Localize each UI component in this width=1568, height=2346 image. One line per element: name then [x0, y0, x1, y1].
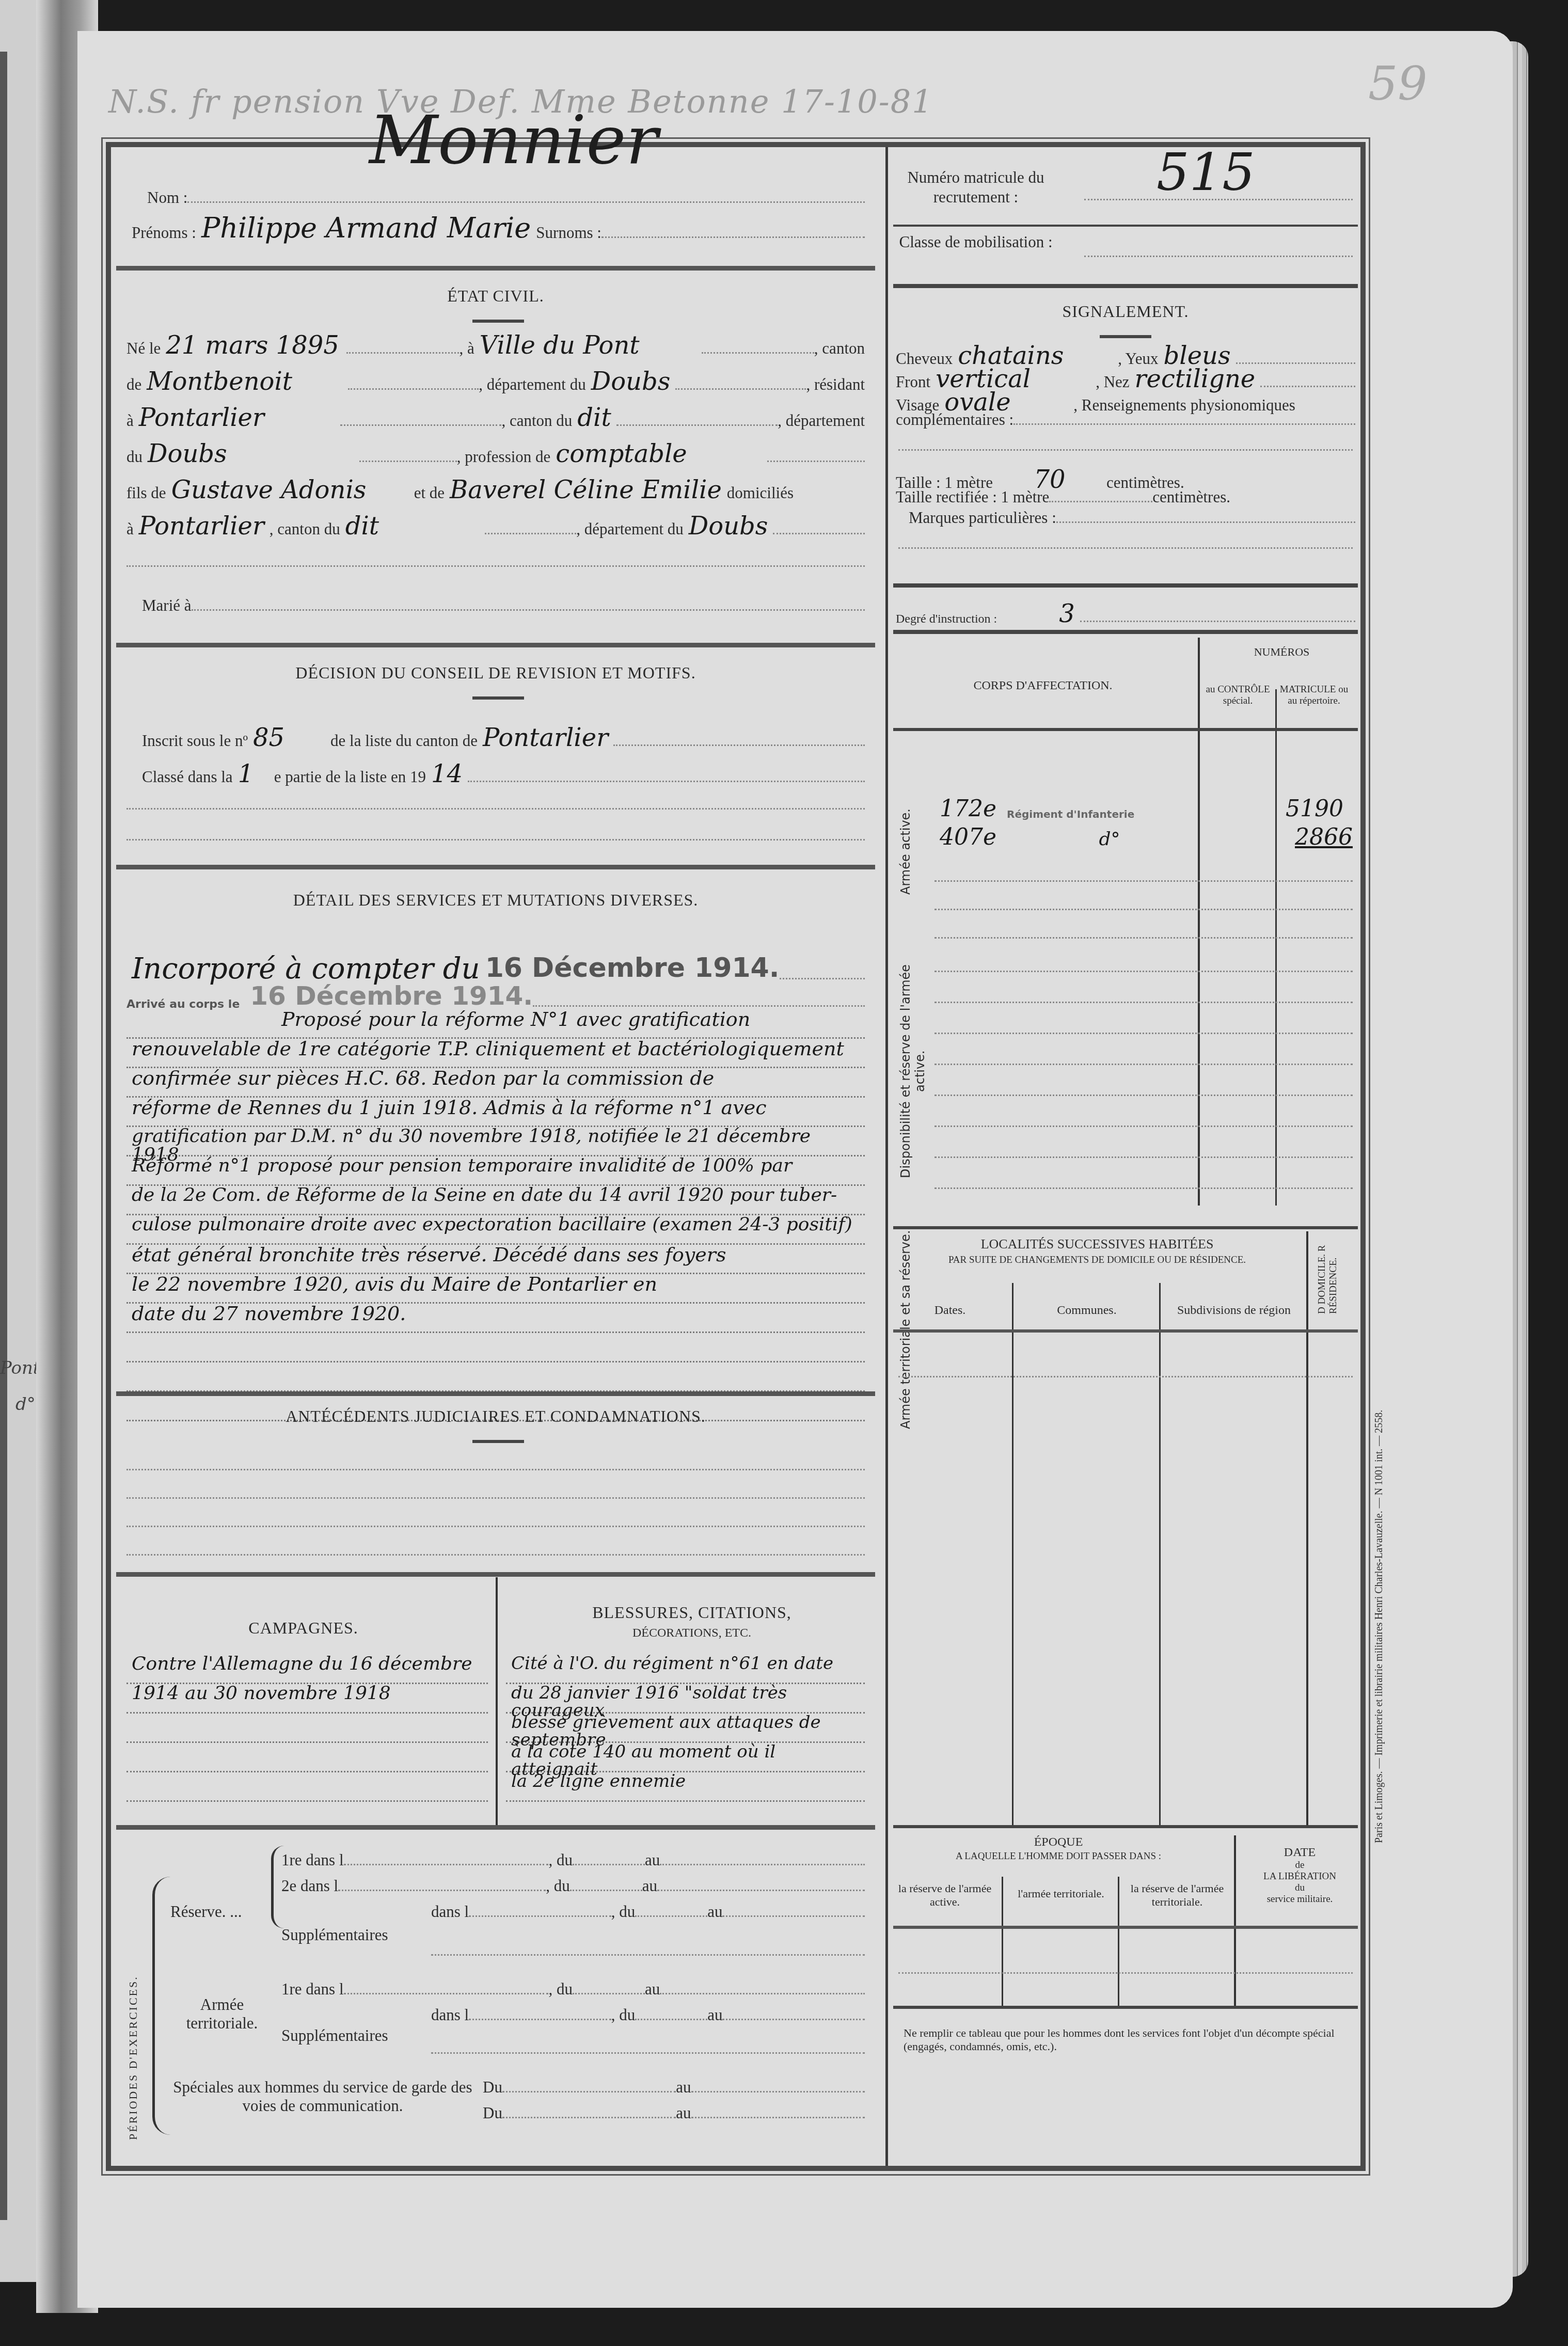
epoque-title: ÉPOQUE — [888, 1835, 1229, 1849]
service-line: confirmée sur pièces H.C. 68. Redon par … — [126, 1068, 865, 1098]
subdivisions-col-header: Subdivisions de région — [1162, 1304, 1306, 1318]
au-label: au — [707, 1903, 722, 1921]
affectation-row: 172e Régiment d'Infanterie 5190 — [935, 798, 1358, 820]
au-label: au — [642, 1877, 657, 1895]
campagne-line: 1914 au 30 novembre 1918 — [126, 1684, 488, 1714]
fils-de-label: fils de — [126, 484, 166, 502]
prenoms-value: Philippe Armand Marie — [196, 214, 536, 242]
du-label: , du — [548, 1980, 573, 1999]
supplementaires-label: Supplémentaires — [281, 2026, 388, 2045]
signalement-title: SIGNALEMENT. — [888, 302, 1363, 321]
instruction-label: Degré d'instruction : — [896, 612, 997, 626]
inscrit-number: 85 — [248, 725, 330, 750]
epoque-col1: la réserve de l'armée active. — [888, 1882, 1002, 1909]
services-title: DÉTAIL DES SERVICES ET MUTATIONS DIVERSE… — [111, 891, 880, 910]
left-page-border — [0, 52, 7, 2220]
marques-label: Marques particulières : — [909, 509, 1056, 527]
inscrit-label: Inscrit sous le nº — [142, 732, 248, 750]
arrive-stamp-date: 16 Décembre 1914. — [240, 981, 533, 1011]
rule — [116, 266, 875, 271]
epoque-col2: l'armée territoriale. — [1004, 1887, 1118, 1900]
departement-label: , département du — [479, 375, 585, 394]
nez-label: , Nez — [1096, 373, 1129, 391]
blessure-line: la 2e ligne ennemie — [506, 1772, 865, 1802]
domicile-value: Pontarlier — [134, 514, 270, 538]
communes-col-header: Communes. — [1015, 1304, 1159, 1318]
nom-label: Nom : — [147, 188, 187, 207]
date-title: DATE — [1237, 1846, 1363, 1860]
date-de: de — [1237, 1860, 1363, 1871]
blessures-subtitle: DÉCORATIONS, ETC. — [503, 1626, 880, 1640]
au-label: au — [645, 1980, 660, 1999]
form-frame: Monnier Nom : Prénoms : Philippe Armand … — [106, 142, 1366, 2171]
epoque-subtitle: A LAQUELLE L'HOMME DOIT PASSER DANS : — [888, 1851, 1229, 1862]
classe-annee: 14 — [426, 762, 468, 786]
taille-rectifiee-label: Taille rectifiée : 1 mètre — [896, 488, 1049, 506]
localites-subtitle: PAR SUITE DE CHANGEMENTS DE DOMICILE OU … — [888, 1255, 1306, 1266]
au-label: au — [676, 2104, 691, 2122]
corps-stamp: d° — [1007, 830, 1213, 849]
localites-title: LOCALITÉS SUCCESSIVES HABITÉES — [888, 1237, 1306, 1252]
dates-col-header: Dates. — [888, 1304, 1012, 1318]
printer-imprint: Paris et Limoges. — Imprimerie et librai… — [1373, 1239, 1385, 2014]
classe-mobilisation-label: Classe de mobilisation : — [898, 232, 1053, 252]
dans-label: dans l — [431, 2006, 469, 2024]
du-label: , du — [611, 2006, 636, 2024]
de-label: de — [126, 375, 141, 394]
classe-partie: 1 — [233, 762, 274, 786]
service-line: date du 27 novembre 1920. — [126, 1304, 865, 1333]
corps-stamp: Régiment d'Infanterie — [1007, 808, 1203, 820]
service-line: état général bronchite très réservé. Déc… — [126, 1245, 865, 1274]
front-label: Front — [896, 373, 930, 391]
mother-name: Baverel Céline Emilie — [445, 478, 727, 502]
residence-value: Pontarlier — [134, 405, 340, 430]
prenoms-label: Prénoms : — [132, 224, 196, 242]
matricule-col-header: MATRICULE ou au répertoire. — [1278, 684, 1350, 707]
birth-canton: Montbenoit — [141, 369, 348, 394]
premiere-label: 1re dans l — [281, 1980, 344, 1999]
blessures-lines: Cité à l'O. du régiment n°61 en date du … — [506, 1655, 865, 1802]
profession-value: comptable — [550, 441, 767, 466]
disponibilite-label: Disponibilité et réserve de l'armée acti… — [898, 953, 927, 1190]
campagnes-title: CAMPAGNES. — [111, 1619, 496, 1638]
service-line: de la 2e Com. de Réforme de la Seine en … — [126, 1186, 865, 1215]
du-label: , du — [548, 1851, 573, 1869]
numero-matricule-value: 515 — [1157, 142, 1255, 202]
controle-col-header: au CONTRÔLE spécial. — [1203, 684, 1273, 707]
corps-number: 407e — [935, 826, 1007, 849]
nez-value: rectiligne — [1130, 367, 1261, 391]
departement-label: , département du — [576, 520, 683, 538]
service-line: Proposé pour la réforme N°1 avec gratifi… — [126, 1009, 865, 1039]
nom-value: Monnier — [369, 101, 658, 179]
father-name: Gustave Adonis — [166, 478, 414, 502]
complementaires-label: complémentaires : — [896, 410, 1013, 429]
partie-label: e partie de la liste en 19 — [274, 768, 426, 786]
service-line: Réformé n°1 proposé pour pension tempora… — [126, 1156, 865, 1186]
au-label: au — [707, 2006, 722, 2024]
blessure-line: du 28 janvier 1916 "soldat très courageu… — [506, 1684, 865, 1714]
canton-label: , canton — [814, 339, 865, 358]
service-line: culose pulmonaire droite avec expectorat… — [126, 1215, 865, 1245]
profession-label: , profession de — [457, 448, 551, 466]
date-service: service militaire. — [1237, 1894, 1363, 1905]
resident-label: , résidant — [806, 375, 865, 394]
classe-label: Classé dans la — [142, 768, 233, 786]
a-label: , à — [459, 339, 474, 358]
periodes-side-label: PÉRIODES D'EXERCICES. — [126, 1892, 140, 2140]
speciales-label: Spéciales aux hommes du service de garde… — [173, 2078, 472, 2115]
campagnes-lines: Contre l'Allemagne du 16 décembre 1914 a… — [126, 1655, 488, 1802]
decision-title: DÉCISION DU CONSEIL DE REVISION ET MOTIF… — [111, 663, 880, 683]
centimetres-label: centimètres. — [1152, 488, 1230, 506]
etat-civil-title: ÉTAT CIVIL. — [111, 287, 880, 306]
epoque-note: Ne remplir ce tableau que pour les homme… — [904, 2026, 1353, 2053]
departement-label: , département — [778, 411, 865, 430]
affectation-row: 407e d° 2866 — [935, 826, 1358, 849]
deuxieme-label: 2e dans l — [281, 1877, 338, 1895]
armee-active-label: Armée active. — [898, 767, 913, 937]
territoriale-label: Armée territoriale. — [178, 1995, 266, 2033]
du-label: , du — [611, 1903, 636, 1921]
blessure-line: blessé grièvement aux attaques de septem… — [506, 1714, 865, 1743]
birth-departement: Doubs — [586, 369, 676, 394]
canton-du-label: , canton du — [270, 520, 340, 538]
services-lines: Proposé pour la réforme N°1 avec gratifi… — [126, 1009, 865, 1421]
du-label: Du — [483, 2078, 502, 2097]
domicile-canton: dit — [340, 514, 485, 538]
incorpore-stamp: 16 Décembre 1914. — [485, 953, 780, 984]
epoque-col3: la réserve de l'armée territoriale. — [1120, 1882, 1234, 1909]
et-de-label: et de — [414, 484, 445, 502]
residence-departement: Doubs — [142, 441, 359, 466]
domicile-departement: Doubs — [684, 514, 773, 538]
du-label: Du — [483, 2104, 502, 2122]
du-label: , du — [546, 1877, 570, 1895]
folio-mark: 59 — [1368, 57, 1428, 111]
corps-affectation-title: CORPS D'AFFECTATION. — [888, 679, 1198, 693]
dans-label: dans l — [431, 1903, 469, 1921]
left-column: Monnier Nom : Prénoms : Philippe Armand … — [111, 147, 880, 2166]
a-label: à — [126, 411, 134, 430]
service-line: gratification par D.M. n° du 30 novembre… — [126, 1127, 865, 1156]
antecedents-title: ANTÉCÉDENTS JUDICIAIRES ET CONDAMNATIONS… — [111, 1407, 880, 1426]
au-label: au — [645, 1851, 660, 1869]
blessure-line: Cité à l'O. du régiment n°61 en date — [506, 1655, 865, 1684]
numero-matricule-label: Numéro matricule du recrutement : — [898, 168, 1053, 207]
a-label: à — [126, 520, 134, 538]
service-line: réforme de Rennes du 1 juin 1918. Admis … — [126, 1098, 865, 1127]
canton-du-label: , canton du — [501, 411, 572, 430]
du-label: du — [126, 448, 142, 466]
supplementaires-label: Supplémentaires — [281, 1926, 388, 1944]
corps-number: 172e — [935, 798, 1007, 820]
corps-matricule: 5190 — [1280, 798, 1349, 820]
left-note-2: d° — [15, 1394, 36, 1415]
birth-date: 21 mars 1895 — [161, 333, 346, 358]
service-line: renouvelable de 1re catégorie T.P. clini… — [126, 1039, 865, 1068]
domicile-residence-col: D DOMICILE. R RÉSIDENCE. — [1317, 1237, 1339, 1314]
domicilies-label: domiciliés — [727, 484, 794, 502]
premiere-label: 1re dans l — [281, 1851, 344, 1869]
marie-field — [192, 607, 865, 611]
numeros-title: NUMÉROS — [1200, 645, 1363, 659]
residence-canton: dit — [572, 405, 616, 430]
au-label: au — [676, 2078, 691, 2097]
instruction-value: 3 — [997, 601, 1080, 626]
date-liberation: LA LIBÉRATION — [1237, 1871, 1363, 1882]
liste-canton-label: de la liste du canton de — [330, 732, 478, 750]
right-column: Numéro matricule du recrutement : 515 Cl… — [885, 147, 1363, 2166]
incorpore-text: Incorporé à compter du — [126, 955, 485, 984]
corps-matricule: 2866 — [1290, 826, 1358, 849]
birth-place: Ville du Pont — [474, 333, 702, 358]
decision-canton: Pontarlier — [478, 725, 613, 750]
reserve-label: Réserve. ... — [170, 1903, 242, 1921]
blessure-line: à la cote 140 au moment où il atteignait — [506, 1743, 865, 1772]
campagne-line: Contre l'Allemagne du 16 décembre — [126, 1655, 488, 1684]
service-line: le 22 novembre 1920, avis du Maire de Po… — [126, 1274, 865, 1304]
ne-le-label: Né le — [126, 339, 161, 358]
surnoms-label: Surnoms : — [536, 224, 601, 242]
date-du: du — [1237, 1882, 1363, 1894]
date-liberation-header: DATE de LA LIBÉRATION du service militai… — [1237, 1846, 1363, 1905]
blessures-title: BLESSURES, CITATIONS, — [503, 1603, 880, 1622]
marie-label: Marié à — [142, 596, 192, 615]
